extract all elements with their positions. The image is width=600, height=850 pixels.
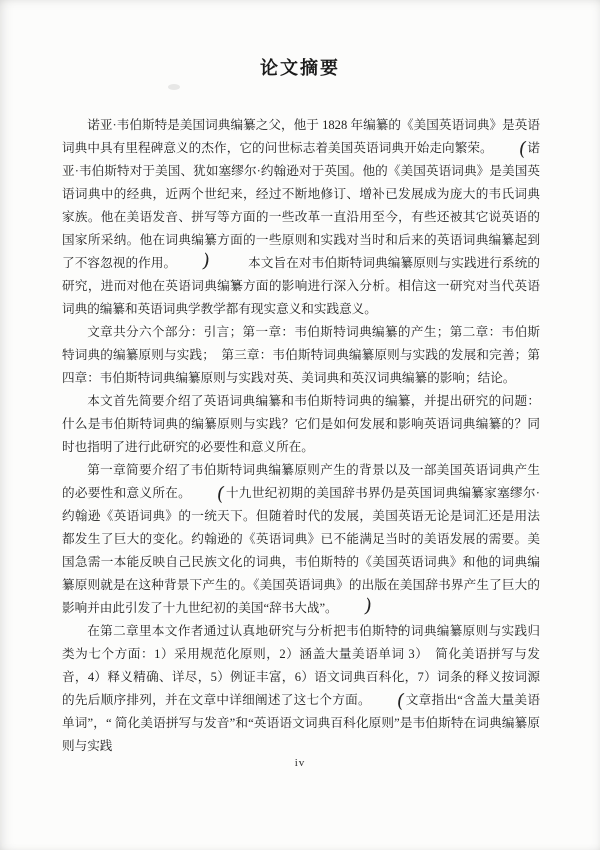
scan-smudge (168, 84, 180, 90)
paragraph: 本文首先简要介绍了英语词典编纂和韦伯斯特词典的编纂，并提出研究的问题：什么是韦伯… (62, 390, 540, 459)
scanned-page: 论文摘要 诺亚·韦伯斯特是美国词典编纂之父，他于 1828 年编纂的《美国英语词… (0, 0, 600, 850)
text-run: 诺亚·韦伯斯特对于美国、犹如塞缪尔·约翰逊对于英国。他的《美国英语词典》是美国英… (62, 141, 540, 270)
handwritten-open-paren: ( (494, 144, 526, 149)
handwritten-open-paren: ( (372, 696, 404, 701)
text-run: 文章共分六个部分：引言；第一章：韦伯斯特词典编纂的产生；第二章：韦伯斯特词典的编… (62, 325, 540, 385)
text-run: 诺亚·韦伯斯特是美国词典编纂之父，他于 1828 年编纂的《美国英语词典》是英语… (62, 118, 540, 155)
handwritten-close-paren: )﹏ (339, 602, 408, 616)
paragraph: 文章共分六个部分：引言；第一章：韦伯斯特词典编纂的产生；第二章：韦伯斯特词典的编… (62, 321, 540, 390)
page-number: iv (0, 757, 600, 769)
paragraph: 第一章简要介绍了韦伯斯特词典编纂原则产生的背景以及一部美国英语词典产生的必要性和… (62, 459, 540, 620)
handwritten-close-paren: )﹏ (177, 257, 246, 271)
text-run: 本文首先简要介绍了英语词典编纂和韦伯斯特词典的编纂，并提出研究的问题：什么是韦伯… (62, 394, 540, 454)
text-run: 十九世纪初期的美国辞书界仍是英国词典编纂家塞缪尔·约翰逊《英语词典》的一统天下。… (62, 486, 540, 615)
page-title: 论文摘要 (0, 0, 600, 80)
paragraph: 诺亚·韦伯斯特是美国词典编纂之父，他于 1828 年编纂的《美国英语词典》是英语… (62, 114, 540, 321)
paragraph: 在第二章里本文作者通过认真地研究与分析把韦伯斯特的词典编纂原则与实践归类为七个方… (62, 620, 540, 758)
abstract-body: 诺亚·韦伯斯特是美国词典编纂之父，他于 1828 年编纂的《美国英语词典》是英语… (62, 114, 540, 758)
handwritten-open-paren: ( (192, 489, 224, 494)
